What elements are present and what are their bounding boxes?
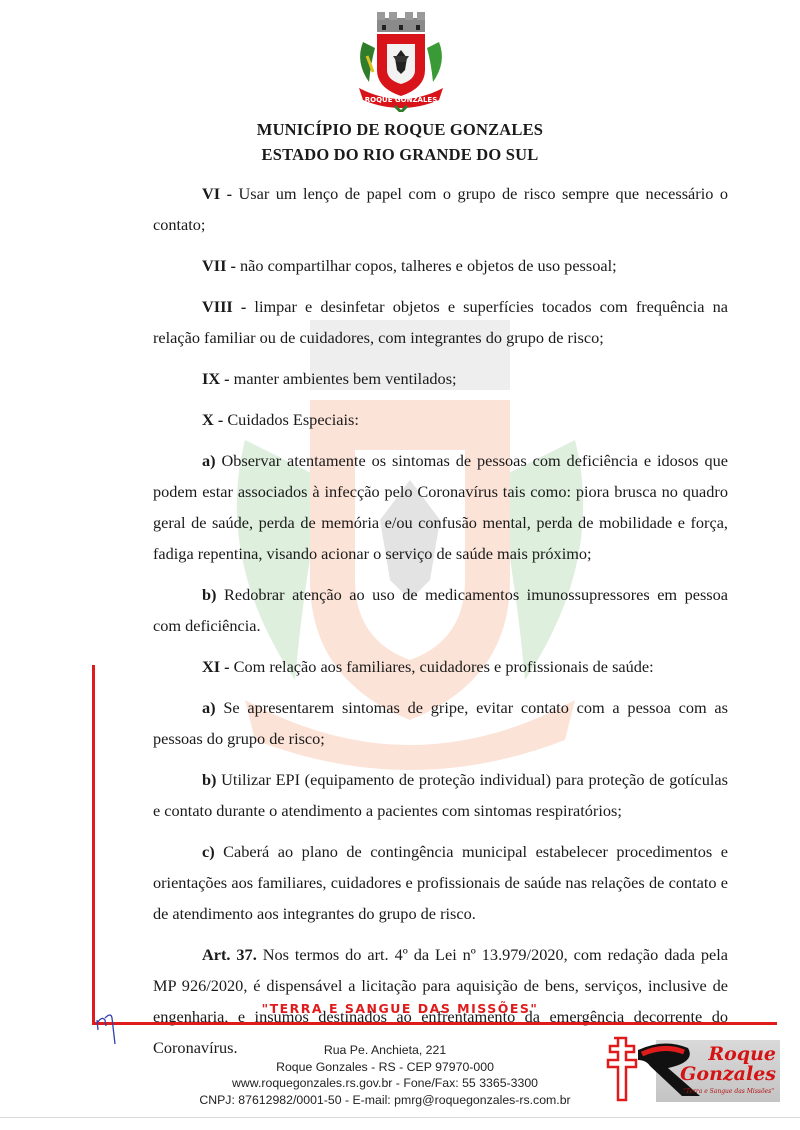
page-edge: [0, 1117, 800, 1118]
municipality-title: MUNICÍPIO DE ROQUE GONZALES: [0, 120, 800, 140]
clause-xi-c: c) Caberá ao plano de contingência munic…: [153, 836, 728, 929]
footer-city: Roque Gonzales - RS - CEP 97970-000: [180, 1059, 590, 1076]
clause-xi-a: a) Se apresentarem sintomas de gripe, ev…: [153, 692, 728, 754]
clause-xi: XI - Com relação aos familiares, cuidado…: [153, 651, 728, 682]
clause-ix: IX - manter ambientes bem ventilados;: [153, 363, 728, 394]
clause-x: X - Cuidados Especiais:: [153, 404, 728, 435]
logo-name-line2: Gonzales: [666, 1064, 776, 1084]
svg-text:ROQUE GONZALES: ROQUE GONZALES: [365, 96, 438, 104]
document-body: VI - Usar um lenço de papel com o grupo …: [153, 178, 728, 1073]
handwritten-initials-icon: [93, 1010, 123, 1046]
clause-vii: VII - não compartilhar copos, talheres e…: [153, 250, 728, 281]
clause-vi: VI - Usar um lenço de papel com o grupo …: [153, 178, 728, 240]
roque-gonzales-logo: Roque Gonzales "Terra e Sangue das Missõ…: [604, 1030, 782, 1102]
clause-x-a: a) Observar atentamente os sintomas de p…: [153, 445, 728, 569]
margin-rule-vertical: [92, 665, 95, 1025]
municipal-coat-of-arms-icon: ROQUE GONZALES: [349, 12, 453, 112]
footer-web-phone: www.roquegonzales.rs.gov.br - Fone/Fax: …: [180, 1075, 590, 1092]
clause-viii: VIII - limpar e desinfetar objetos e sup…: [153, 291, 728, 353]
state-title: ESTADO DO RIO GRANDE DO SUL: [0, 145, 800, 165]
logo-name-line1: Roque: [666, 1044, 776, 1064]
clause-x-b: b) Redobrar atenção ao uso de medicament…: [153, 579, 728, 641]
footer-rule: [92, 1022, 777, 1025]
logo-tagline: "Terra e Sangue das Missões": [683, 1088, 774, 1095]
footer-motto: "TERRA E SANGUE DAS MISSÕES": [250, 1001, 550, 1016]
footer-contact: Rua Pe. Anchieta, 221 Roque Gonzales - R…: [180, 1042, 590, 1108]
footer-cnpj-email: CNPJ: 87612982/0001-50 - E-mail: pmrg@ro…: [180, 1092, 590, 1109]
footer-address: Rua Pe. Anchieta, 221: [180, 1042, 590, 1059]
clause-xi-b: b) Utilizar EPI (equipamento de proteção…: [153, 764, 728, 826]
